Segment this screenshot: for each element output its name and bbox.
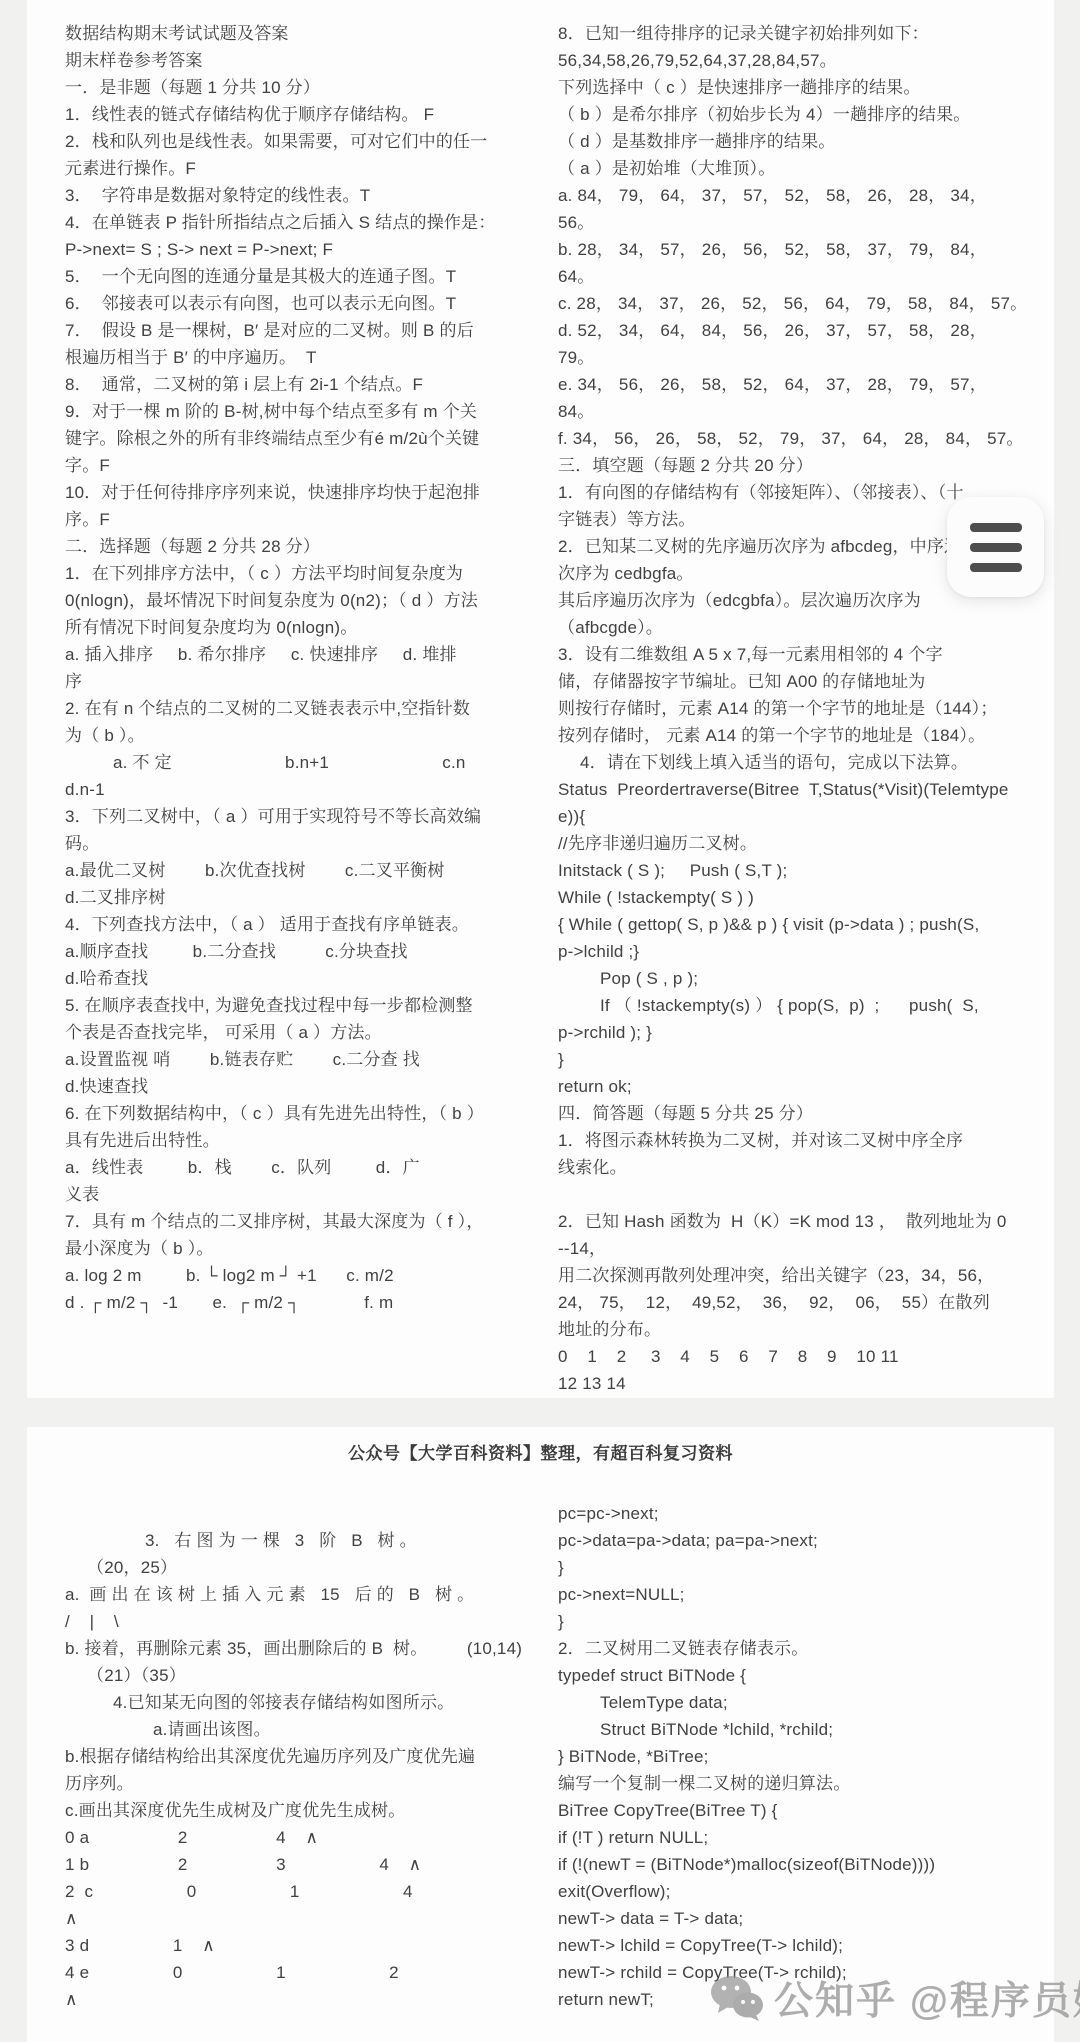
text-line: d. 52， 34， 64， 84， 56， 26， 37， 57， 58， 2… bbox=[558, 317, 1028, 371]
text-line: a. 插入排序 b. 希尔排序 c. 快速排序 d. 堆排 bbox=[65, 641, 537, 668]
text-line: 编写一个复制一棵二叉树的递归算法。 bbox=[558, 1770, 1028, 1797]
text-line: 1．线性表的链式存储结构优于顺序存储结构。 F bbox=[65, 101, 537, 128]
text-line: d . ┌ m/2 ┐ -1 e. ┌ m/2 ┐ f. m bbox=[65, 1289, 537, 1316]
text-line: a. 84， 79， 64， 37， 57， 52， 58， 26， 28， 3… bbox=[558, 182, 1028, 236]
text-line: 按列存储时， 元素 A14 的第一个字节的地址是（184）。 bbox=[558, 722, 1028, 749]
text-line: 二．选择题（每题 2 分共 28 分） bbox=[65, 533, 537, 560]
text-line: 历序列。 bbox=[65, 1770, 545, 1797]
text-line: 4．在单链表 P 指针所指结点之后插入 S 结点的操作是： bbox=[65, 209, 537, 236]
text-line: 4．下列查找方法中，（ a ） 适用于查找有序单链表。 bbox=[65, 911, 537, 938]
text-line: 义表 bbox=[65, 1181, 537, 1208]
text-line: e. 34， 56， 26， 58， 52， 64， 37， 28， 79， 5… bbox=[558, 371, 1028, 425]
text-line: 1．将图示森林转换为二叉树，并对该二叉树中序全序 bbox=[558, 1127, 1028, 1154]
text-line: pc->data=pa->data; pa=pa->next; bbox=[558, 1527, 1028, 1554]
text-line: 7．具有 m 个结点的二叉排序树，其最大深度为（ f ）， bbox=[65, 1208, 537, 1235]
text-line: 3．下列二叉树中，（ a ）可用于实现符号不等长高效编 bbox=[65, 803, 537, 830]
text-line: if (!(newT = (BiTNode*)malloc(sizeof(BiT… bbox=[558, 1851, 1028, 1878]
exam-document-page-1: 数据结构期末考试试题及答案期末样卷参考答案一．是非题（每题 1 分共 10 分）… bbox=[27, 0, 1054, 1398]
text-line: 下列选择中（ c ）是快速排序一趟排序的结果。 bbox=[558, 74, 1028, 101]
text-line: { While ( gettop( S, p )&& p ) { visit (… bbox=[558, 911, 1028, 938]
text-line: a. 不 定 b.n+1 c.n bbox=[65, 749, 537, 776]
text-line: 四．简答题（每题 5 分共 25 分） bbox=[558, 1100, 1028, 1127]
text-line: 4.已知某无向图的邻接表存储结构如图所示。 bbox=[65, 1689, 545, 1716]
text-line: 用二次探测再散列处理冲突，给出关键字（23，34，56， bbox=[558, 1262, 1028, 1289]
text-line: 为（ b ）。 bbox=[65, 722, 537, 749]
text-line: a.设置监视 哨 b.链表存贮 c.二分查 找 bbox=[65, 1046, 537, 1073]
text-line bbox=[558, 1181, 1028, 1208]
text-line: return ok; bbox=[558, 1073, 1028, 1100]
page1-left-column: 数据结构期末考试试题及答案期末样卷参考答案一．是非题（每题 1 分共 10 分）… bbox=[65, 20, 537, 1316]
text-line: Initstack ( S ); Push ( S,T ); bbox=[558, 857, 1028, 884]
text-line: 2．二叉树用二叉链表存储表示。 bbox=[558, 1635, 1028, 1662]
text-line: a.顺序查找 b.二分查找 c.分块查找 bbox=[65, 938, 537, 965]
watermark: 公知乎 @程序员婉儿 bbox=[710, 1972, 1080, 2024]
text-line: newT-> lchild = CopyTree(T-> lchild); bbox=[558, 1932, 1028, 1959]
text-line: 一．是非题（每题 1 分共 10 分） bbox=[65, 74, 537, 101]
page1-right-column: 8．已知一组待排序的记录关键字初始排列如下：56,34,58,26,79,52,… bbox=[558, 20, 1028, 1397]
text-line: } bbox=[558, 1046, 1028, 1073]
text-line: 地址的分布。 bbox=[558, 1316, 1028, 1343]
text-line: 2．已知 Hash 函数为 H（K）=K mod 13 ， 散列地址为 0 bbox=[558, 1208, 1028, 1235]
text-line: 序。F bbox=[65, 506, 537, 533]
text-line: If （ !stackempty(s) ） { pop(S, p) ; push… bbox=[558, 992, 1028, 1019]
text-line: 线索化。 bbox=[558, 1154, 1028, 1181]
text-line: 则按行存储时，元素 A14 的第一个字节的地址是（144）； bbox=[558, 695, 1028, 722]
page2-header-banner: 公众号【大学百科资料】整理，有超百科复习资料 bbox=[27, 1439, 1054, 1464]
text-line: 0 a 2 4 ∧ bbox=[65, 1824, 545, 1851]
text-line: 24， 75， 12， 49,52， 36， 92， 06， 55）在散列 bbox=[558, 1289, 1028, 1316]
text-line: 期末样卷参考答案 bbox=[65, 47, 537, 74]
text-line: 键字。除根之外的所有非终端结点至少有é m/2ù个关键 bbox=[65, 425, 537, 452]
text-line: 3. 右 图 为 一 棵 3 阶 B 树 。 bbox=[65, 1527, 545, 1554]
text-line: 字。F bbox=[65, 452, 537, 479]
text-line: d.哈希查找 bbox=[65, 965, 537, 992]
text-line: 根遍历相当于 B′ 的中序遍历。 T bbox=[65, 344, 537, 371]
text-line: 所有情况下时间复杂度均为 0(nlogn)。 bbox=[65, 614, 537, 641]
text-line: 6． 邻接表可以表示有向图，也可以表示无向图。T bbox=[65, 290, 537, 317]
text-line: } bbox=[558, 1554, 1028, 1581]
text-line: 2 c 0 1 4 bbox=[65, 1878, 545, 1905]
text-line: 0(nlogn)，最坏情况下时间复杂度为 0(n2)；（ d ）方法 bbox=[65, 587, 537, 614]
text-line: （ d ）是基数排序一趟排序的结果。 bbox=[558, 128, 1028, 155]
text-line: pc=pc->next; bbox=[558, 1500, 1028, 1527]
text-line: d.n-1 bbox=[65, 776, 537, 803]
text-line: if (!T ) return NULL; bbox=[558, 1824, 1028, 1851]
text-line: a. 画 出 在 该 树 上 插 入 元 素 15 后 的 B 树 。 bbox=[65, 1581, 545, 1608]
text-line: 0 1 2 3 4 5 6 7 8 9 10 11 bbox=[558, 1343, 1028, 1370]
text-line: 储，存储器按字节编址。已知 A00 的存储地址为 bbox=[558, 668, 1028, 695]
text-line: d.快速查找 bbox=[65, 1073, 537, 1100]
hamburger-bar bbox=[970, 523, 1022, 532]
text-line: TelemType data; bbox=[558, 1689, 1028, 1716]
text-line: 6. 在下列数据结构中，（ c ）具有先进先出特性，（ b ） bbox=[65, 1100, 537, 1127]
text-line: 4．请在下划线上填入适当的语句，完成以下法算。 bbox=[558, 749, 1028, 776]
floating-menu-button[interactable] bbox=[947, 497, 1044, 597]
text-line: Struct BiTNode *lchild, *rchild; bbox=[558, 1716, 1028, 1743]
text-line: 三．填空题（每题 2 分共 20 分） bbox=[558, 452, 1028, 479]
text-line: 3．设有二维数组 A 5 x 7,每一元素用相邻的 4 个字 bbox=[558, 641, 1028, 668]
page2-right-column: pc=pc->next;pc->data=pa->data; pa=pa->ne… bbox=[558, 1500, 1028, 2013]
text-line: a．线性表 b．栈 c．队列 d．广 bbox=[65, 1154, 537, 1181]
text-line: 2．栈和队列也是线性表。如果需要，可对它们中的任一 bbox=[65, 128, 537, 155]
wechat-icon bbox=[710, 1975, 764, 2021]
text-line: / | \ bbox=[65, 1608, 545, 1635]
text-line: 7． 假设 B 是一棵树，B′ 是对应的二叉树。则 B 的后 bbox=[65, 317, 537, 344]
text-line: c.画出其深度优先生成树及广度优先生成树。 bbox=[65, 1797, 545, 1824]
hamburger-bar bbox=[970, 563, 1022, 572]
text-line: typedef struct BiTNode { bbox=[558, 1662, 1028, 1689]
text-line: Status Preordertraverse(Bitree T,Status(… bbox=[558, 776, 1028, 803]
text-line: d.二叉排序树 bbox=[65, 884, 537, 911]
text-line: 10．对于任何待排序序列来说，快速排序均快于起泡排 bbox=[65, 479, 537, 506]
exam-document-page-2: 公众号【大学百科资料】整理，有超百科复习资料 3. 右 图 为 一 棵 3 阶 … bbox=[27, 1427, 1054, 2042]
text-line: Pop ( S , p ); bbox=[558, 965, 1028, 992]
text-line: 个表是否查找完毕， 可采用（ a ）方法。 bbox=[65, 1019, 537, 1046]
text-line: 4 e 0 1 2 bbox=[65, 1959, 545, 1986]
text-line: --14， bbox=[558, 1235, 1028, 1262]
text-line: //先序非递归遍历二叉树。 bbox=[558, 830, 1028, 857]
text-line: 元素进行操作。F bbox=[65, 155, 537, 182]
text-line: exit(Overflow); bbox=[558, 1878, 1028, 1905]
text-line: b. 接着，再删除元素 35，画出删除后的 B 树。 (10,14) bbox=[65, 1635, 545, 1662]
text-line: 3 d 1 ∧ bbox=[65, 1932, 545, 1959]
text-line: （afbcgde）。 bbox=[558, 614, 1028, 641]
text-line: c. 28， 34， 37， 26， 52， 56， 64， 79， 58， 8… bbox=[558, 290, 1028, 317]
text-line: 具有先进后出特性。 bbox=[65, 1127, 537, 1154]
text-line: 5． 一个无向图的连通分量是其极大的连通子图。T bbox=[65, 263, 537, 290]
text-line: 56,34,58,26,79,52,64,37,28,84,57。 bbox=[558, 47, 1028, 74]
text-line: f. 34， 56， 26， 58， 52， 79， 37， 64， 28， 8… bbox=[558, 425, 1028, 452]
text-line: a.最优二叉树 b.次优查找树 c.二叉平衡树 bbox=[65, 857, 537, 884]
text-line: newT-> data = T-> data; bbox=[558, 1905, 1028, 1932]
text-line: 序 bbox=[65, 668, 537, 695]
page2-left-column: 3. 右 图 为 一 棵 3 阶 B 树 。（20，25）a. 画 出 在 该 … bbox=[65, 1527, 545, 2013]
text-line: While ( !stackempty( S ) ) bbox=[558, 884, 1028, 911]
text-line: ∧ bbox=[65, 1905, 545, 1932]
text-line: 8．已知一组待排序的记录关键字初始排列如下： bbox=[558, 20, 1028, 47]
text-line: 3． 字符串是数据对象特定的线性表。T bbox=[65, 182, 537, 209]
text-line: 12 13 14 bbox=[558, 1370, 1028, 1397]
text-line: （20，25） bbox=[65, 1554, 545, 1581]
text-line: 1．在下列排序方法中，（ c ）方法平均时间复杂度为 bbox=[65, 560, 537, 587]
text-line: 2. 在有 n 个结点的二叉树的二叉链表表示中,空指针数 bbox=[65, 695, 537, 722]
watermark-text: 公知乎 @程序员婉儿 bbox=[774, 1970, 1080, 2026]
text-line: 最小深度为（ b ）。 bbox=[65, 1235, 537, 1262]
text-line: } BiTNode, *BiTree; bbox=[558, 1743, 1028, 1770]
text-line: 数据结构期末考试试题及答案 bbox=[65, 20, 537, 47]
text-line: b. 28， 34， 57， 26， 56， 52， 58， 37， 79， 8… bbox=[558, 236, 1028, 290]
text-line: pc->next=NULL; bbox=[558, 1581, 1028, 1608]
text-line: a. log 2 m b. └ log2 m ┘ +1 c. m/2 bbox=[65, 1262, 537, 1289]
text-line: p->lchild ;} bbox=[558, 938, 1028, 965]
text-line: （21）（35） bbox=[65, 1662, 545, 1689]
hamburger-bar bbox=[970, 543, 1022, 552]
text-line: e)){ bbox=[558, 803, 1028, 830]
text-line: ∧ bbox=[65, 1986, 545, 2013]
text-line: p->rchild ); } bbox=[558, 1019, 1028, 1046]
text-line: 9．对于一棵 m 阶的 B-树,树中每个结点至多有 m 个关 bbox=[65, 398, 537, 425]
text-line: （ a ）是初始堆（大堆顶）。 bbox=[558, 155, 1028, 182]
text-line: b.根据存储结构给出其深度优先遍历序列及广度优先遍 bbox=[65, 1743, 545, 1770]
text-line: a.请画出该图。 bbox=[65, 1716, 545, 1743]
text-line: BiTree CopyTree(BiTree T) { bbox=[558, 1797, 1028, 1824]
text-line: 5. 在顺序表查找中, 为避免查找过程中每一步都检测整 bbox=[65, 992, 537, 1019]
text-line: 码。 bbox=[65, 830, 537, 857]
text-line: （ b ）是希尔排序（初始步长为 4）一趟排序的结果。 bbox=[558, 101, 1028, 128]
text-line: } bbox=[558, 1608, 1028, 1635]
text-line: P->next= S ; S-> next = P->next; F bbox=[65, 236, 537, 263]
text-line: 8． 通常，二叉树的第 i 层上有 2i-1 个结点。F bbox=[65, 371, 537, 398]
text-line: 1 b 2 3 4 ∧ bbox=[65, 1851, 545, 1878]
